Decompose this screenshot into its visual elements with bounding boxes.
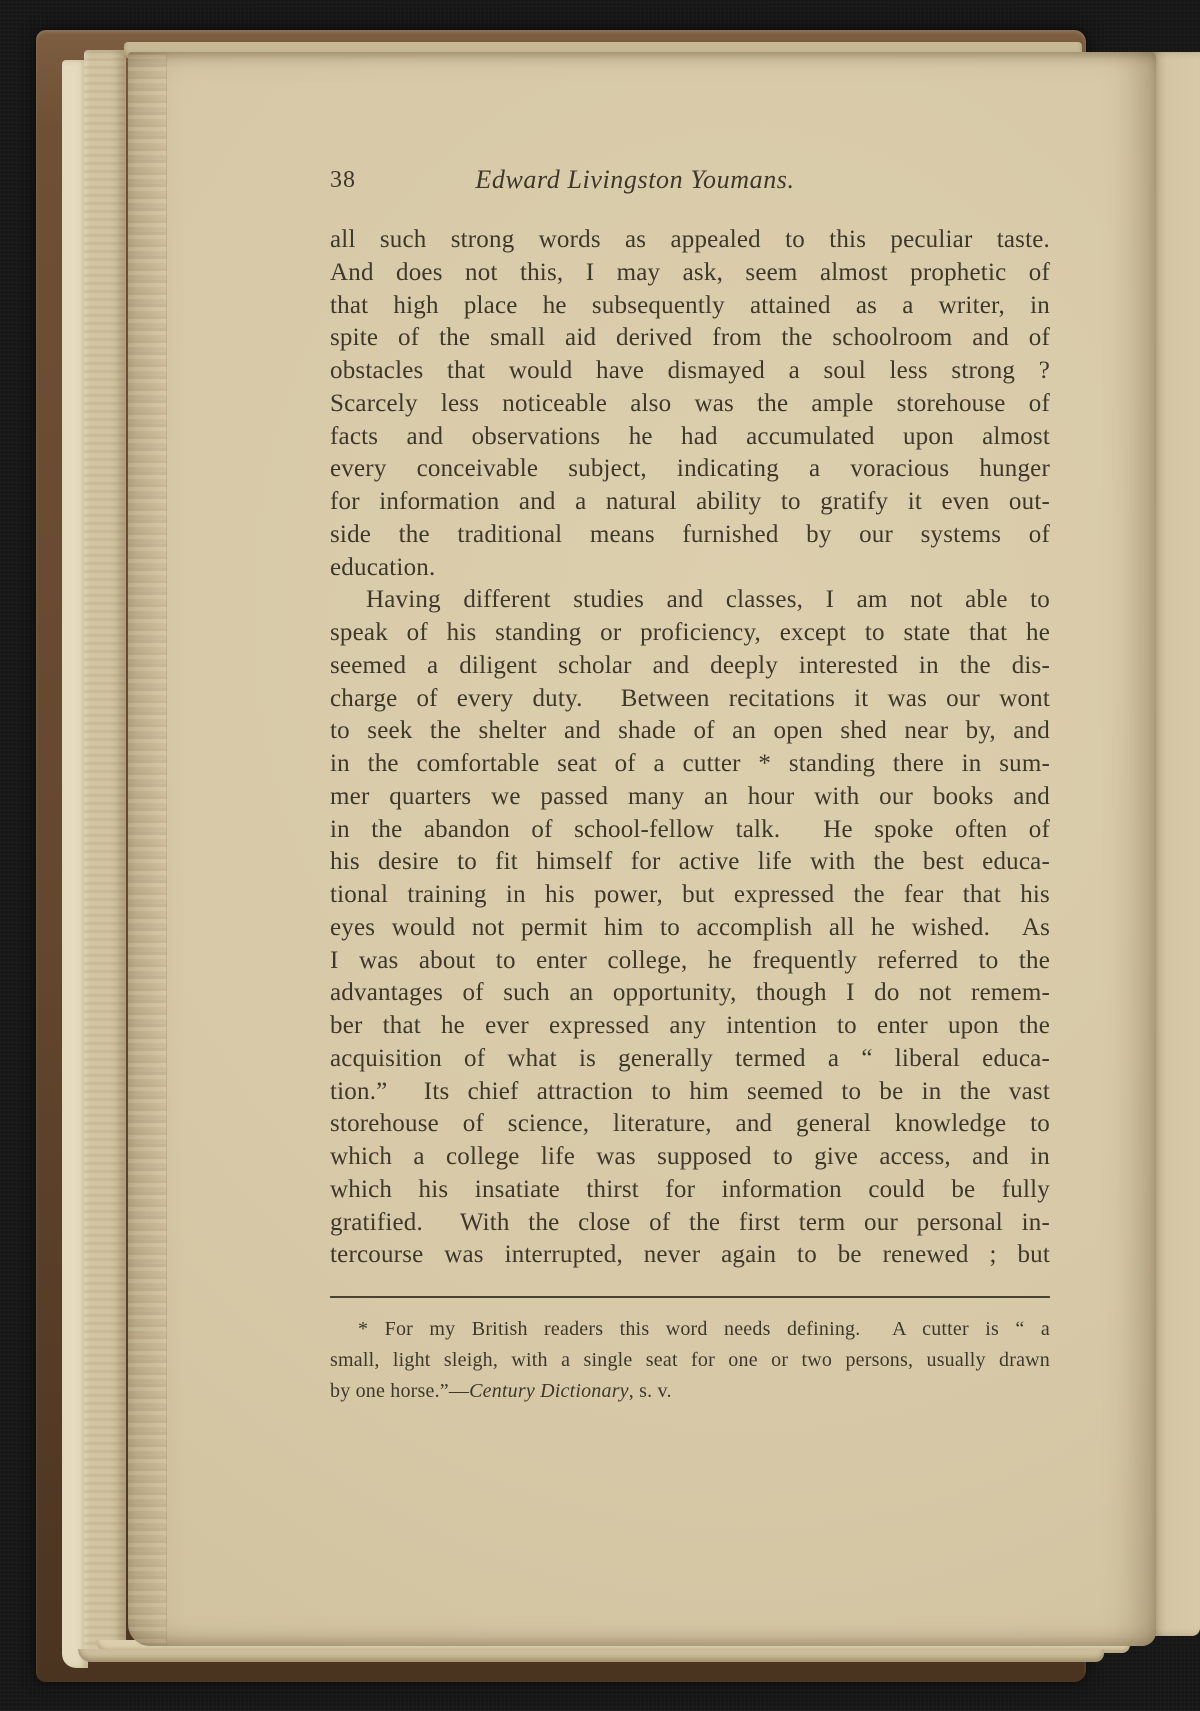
text-line: every conceivable subject, indicating a … — [330, 453, 1050, 486]
facing-page-edge — [1150, 52, 1200, 1636]
page-bottom-edge-2 — [78, 1649, 1104, 1662]
text-line: And does not this, I may ask, seem almos… — [330, 257, 1050, 290]
body-text: all such strong words as appealed to thi… — [330, 224, 1050, 1272]
footnote-rule — [330, 1296, 1050, 1298]
text-line: Having different studies and classes, I … — [330, 584, 1050, 617]
footnote: * For my British readers this word needs… — [330, 1314, 1050, 1407]
text-line: in the abandon of school-fellow talk. He… — [330, 814, 1050, 847]
text-line: eyes would not permit him to accomplish … — [330, 912, 1050, 945]
footnote-text: by one horse.”— — [330, 1380, 469, 1402]
text-line: that high place he subsequently attained… — [330, 290, 1050, 323]
text-line: tercourse was interrupted, never again t… — [330, 1239, 1050, 1272]
footnote-line: * For my British readers this word needs… — [330, 1314, 1050, 1345]
text-line: his desire to fit himself for active lif… — [330, 846, 1050, 879]
text-line: which his insatiate thirst for informati… — [330, 1174, 1050, 1207]
footnote-line: small, light sleigh, with a single seat … — [330, 1345, 1050, 1376]
text-line: to seek the shelter and shade of an open… — [330, 715, 1050, 748]
deckle-edge — [128, 52, 167, 1646]
page-content: 38 Edward Livingston Youmans. all such s… — [330, 164, 1050, 1407]
book-page: 38 Edward Livingston Youmans. all such s… — [128, 52, 1156, 1646]
text-line: education. — [330, 552, 1050, 585]
text-line: obstacles that would have dismayed a sou… — [330, 355, 1050, 388]
text-line: Scarcely less noticeable also was the am… — [330, 388, 1050, 421]
text-line: facts and observations he had accumulate… — [330, 421, 1050, 454]
footnote-text: , s. v. — [629, 1380, 672, 1402]
text-line: I was about to enter college, he frequen… — [330, 945, 1050, 978]
text-line: for information and a natural ability to… — [330, 486, 1050, 519]
text-line: gratified. With the close of the first t… — [330, 1207, 1050, 1240]
text-line: advantages of such an opportunity, thoug… — [330, 977, 1050, 1010]
text-line: tional training in his power, but expres… — [330, 879, 1050, 912]
text-line: speak of his standing or proficiency, ex… — [330, 617, 1050, 650]
text-line: tion.” Its chief attraction to him seeme… — [330, 1076, 1050, 1109]
text-line: in the comfortable seat of a cutter * st… — [330, 748, 1050, 781]
footnote-citation: Century Dictionary — [469, 1380, 629, 1402]
text-line: side the traditional means furnished by … — [330, 519, 1050, 552]
text-line: which a college life was supposed to giv… — [330, 1141, 1050, 1174]
page-edge-stack-outer — [84, 50, 126, 1662]
text-line: all such strong words as appealed to thi… — [330, 224, 1050, 257]
text-line: spite of the small aid derived from the … — [330, 322, 1050, 355]
page-header: 38 Edward Livingston Youmans. — [330, 164, 1050, 196]
text-line: seemed a diligent scholar and deeply int… — [330, 650, 1050, 683]
text-line: mer quarters we passed many an hour with… — [330, 781, 1050, 814]
text-line: charge of every duty. Between recitation… — [330, 683, 1050, 716]
scanner-backdrop: 38 Edward Livingston Youmans. all such s… — [0, 0, 1200, 1711]
footnote-line: by one horse.”—Century Dictionary, s. v. — [330, 1376, 1050, 1407]
footnote-text: * For my British readers this word needs… — [358, 1318, 1050, 1340]
footnote-text: small, light sleigh, with a single seat … — [330, 1349, 1050, 1371]
text-line: ber that he ever expressed any intention… — [330, 1010, 1050, 1043]
text-line: storehouse of science, literature, and g… — [330, 1108, 1050, 1141]
running-title: Edward Livingston Youmans. — [275, 164, 995, 196]
text-line: acquisition of what is generally termed … — [330, 1043, 1050, 1076]
